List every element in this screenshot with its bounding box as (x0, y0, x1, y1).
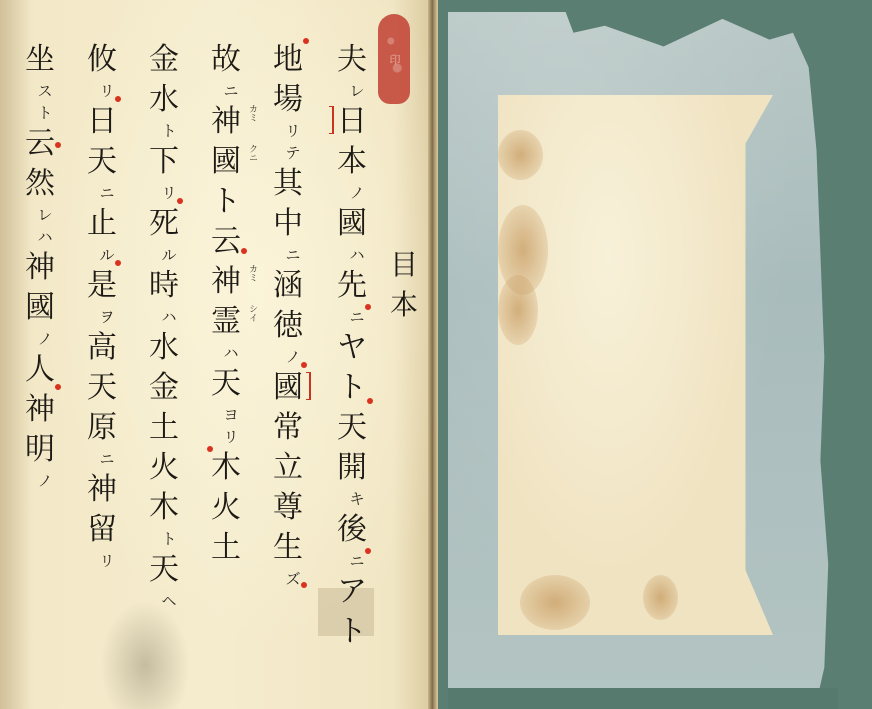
char: 後 (337, 510, 367, 550)
char: 生 (273, 528, 303, 568)
cover-edge (448, 688, 838, 709)
char: 國 (25, 288, 55, 328)
ruby-annotation: シイ (247, 304, 257, 322)
char: 云 (25, 124, 55, 164)
char: ノ (339, 182, 364, 204)
text-column-5: 攸 リ 日 天 ニ 止 ル 是 ヲ 高 天 原 ニ 神 留 リ (80, 40, 124, 572)
char: 火 (211, 488, 241, 528)
char: 天 (87, 368, 117, 408)
char: 神 (87, 470, 117, 510)
char: 尊 (273, 488, 303, 528)
char: リ (213, 426, 238, 448)
char: 云 (211, 222, 241, 262)
char: ト (211, 182, 241, 222)
char: ズ (275, 568, 300, 590)
char: 水 (149, 80, 179, 120)
char: 日 (337, 102, 367, 142)
char: ニ (275, 244, 300, 266)
char: ル (151, 244, 176, 266)
char: ト (337, 368, 367, 408)
text-column-6: 坐 ス ト 云 然 レ ハ 神 國 ノ 人 神 明 ノ (18, 40, 62, 492)
water-stain (498, 130, 543, 180)
char: リ (89, 550, 114, 572)
char: ハ (151, 306, 176, 328)
red-dot (365, 304, 371, 310)
water-stain (498, 275, 538, 345)
char: ニ (89, 182, 114, 204)
char: ニ (339, 306, 364, 328)
red-dot (207, 446, 213, 452)
char: ハ (213, 342, 238, 364)
char: 天 (87, 142, 117, 182)
char: 人 (25, 350, 55, 390)
char: ノ (27, 470, 52, 492)
char: ハ (27, 226, 52, 248)
char: 木 (211, 448, 241, 488)
char: レ (339, 80, 364, 102)
water-stain (643, 575, 678, 620)
char: 國 (273, 368, 303, 408)
char: 天 (337, 408, 367, 448)
char: 天 (149, 550, 179, 590)
text-column-4: 金 水 ト 下 リ 死 ル 時 ハ 水 金 土 火 木 ト 天 ヘ (142, 40, 186, 612)
char: 先 (337, 266, 367, 306)
char: ヤ (337, 328, 367, 368)
char: 中 (273, 204, 303, 244)
char: 留 (87, 510, 117, 550)
ruby-annotation: クニ (247, 144, 257, 162)
char: 日 (87, 102, 117, 142)
char: 涵 (273, 266, 303, 306)
red-dot (301, 582, 307, 588)
char: ニ (89, 448, 114, 470)
char: 本 (337, 142, 367, 182)
char: ト (151, 528, 176, 550)
char: ト (27, 102, 52, 124)
char: 神カミ (211, 262, 241, 302)
char: 神 (25, 390, 55, 430)
title-char: 本 (390, 285, 418, 325)
inner-paper-panel (498, 95, 773, 635)
char: 明 (25, 430, 55, 470)
char: 國 (337, 204, 367, 244)
char: 高 (87, 328, 117, 368)
char: リ (89, 80, 114, 102)
char: リ (275, 120, 300, 142)
char: 土 (149, 408, 179, 448)
char: 神カミ (211, 102, 241, 142)
char: 金 (149, 368, 179, 408)
ruby-annotation: カミ (247, 264, 257, 282)
red-dot (241, 248, 247, 254)
title-char: 目 (390, 245, 418, 285)
char: 水 (149, 328, 179, 368)
red-mark (306, 372, 311, 400)
char: 常 (273, 408, 303, 448)
char: 霊シイ (211, 302, 241, 342)
char: 地 (273, 40, 303, 80)
ruby-annotation: カミ (247, 104, 257, 122)
char: 攸 (87, 40, 117, 80)
char: 死 (149, 204, 179, 244)
char: ノ (275, 346, 300, 368)
char: 原 (87, 408, 117, 448)
book-spread: 印 目 本 夫 レ 日 本 ノ 國 ハ 先 ニ ヤ ト 天 開 キ 後 ニ ア … (0, 0, 872, 709)
char: 下 (149, 142, 179, 182)
char: ト (337, 612, 367, 652)
char: 天 (211, 364, 241, 404)
char: ヲ (89, 306, 114, 328)
char: ス (27, 80, 52, 102)
char: ア (337, 572, 367, 612)
char: 其 (273, 164, 303, 204)
char: ハ (339, 244, 364, 266)
char: 火 (149, 448, 179, 488)
red-dot (55, 142, 61, 148)
red-dot (303, 38, 309, 44)
char: 徳 (273, 306, 303, 346)
char: 金 (149, 40, 179, 80)
char: 木 (149, 488, 179, 528)
char: 神 (25, 248, 55, 288)
char: ト (151, 120, 176, 142)
red-dot (367, 398, 373, 404)
char: ル (89, 244, 114, 266)
text-column-2: 地 場 リ テ 其 中 ニ 涵 徳 ノ 國 常 立 尊 生 ズ (266, 40, 310, 590)
text-column-3: 故 ニ 神カミ 國クニ ト 云 神カミ 霊シイ ハ 天 ヨ リ 木 火 土 (204, 40, 248, 568)
char: 止 (87, 204, 117, 244)
char: ニ (339, 550, 364, 572)
red-dot (365, 548, 371, 554)
char: 土 (211, 528, 241, 568)
char: ニ (213, 80, 238, 102)
char: テ (275, 142, 300, 164)
red-seal-stamp: 印 (378, 14, 410, 104)
text-column-1: 夫 レ 日 本 ノ 國 ハ 先 ニ ヤ ト 天 開 キ 後 ニ ア ト (330, 40, 374, 652)
stain (100, 600, 190, 709)
char: 立 (273, 448, 303, 488)
char: リ (151, 182, 176, 204)
char: 然 (25, 164, 55, 204)
char: キ (339, 488, 364, 510)
left-page: 印 目 本 夫 レ 日 本 ノ 國 ハ 先 ニ ヤ ト 天 開 キ 後 ニ ア … (0, 0, 436, 709)
char: レ (27, 204, 52, 226)
right-page-endpaper (438, 0, 872, 709)
char: 時 (149, 266, 179, 306)
char: 開 (337, 448, 367, 488)
char: ノ (27, 328, 52, 350)
book-gutter (428, 0, 438, 709)
char: ヘ (151, 590, 176, 612)
page-title: 目 本 (382, 245, 426, 325)
char: 坐 (25, 40, 55, 80)
char: 場 (273, 80, 303, 120)
water-stain (520, 575, 590, 630)
char: ヨ (213, 404, 238, 426)
char: 夫 (337, 40, 367, 80)
red-mark (329, 106, 334, 134)
char: 故 (211, 40, 241, 80)
char: 國クニ (211, 142, 241, 182)
char: 是 (87, 266, 117, 306)
red-dot (55, 384, 61, 390)
